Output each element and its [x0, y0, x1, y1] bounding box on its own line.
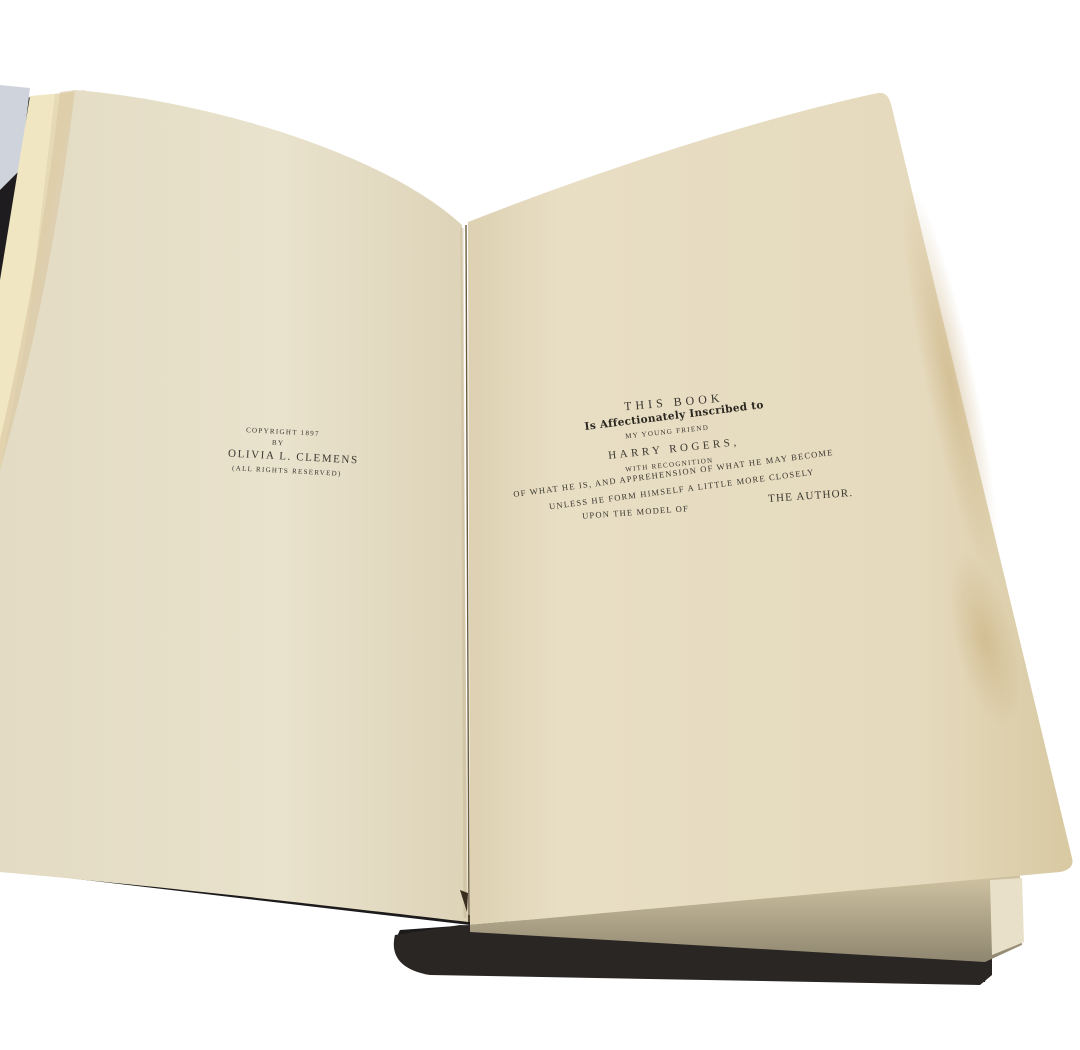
by-line: by — [272, 439, 285, 448]
book-photo: Copyright 1897 by Olivia L. Clemens (All… — [0, 0, 1080, 1050]
left-page — [0, 90, 468, 922]
book-illustration — [0, 0, 1080, 1050]
